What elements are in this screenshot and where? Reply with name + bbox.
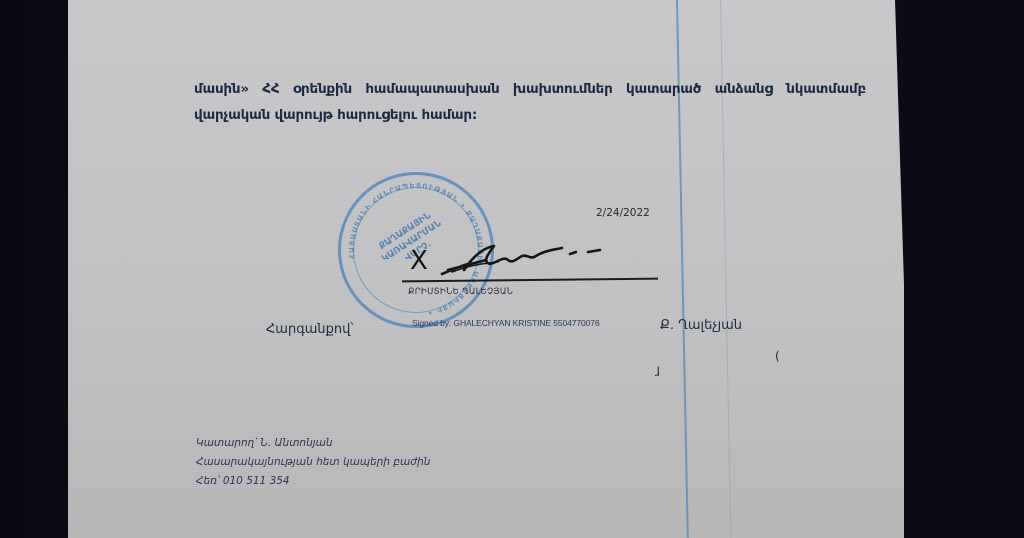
executor-footer: Կատարող՝ Ն. Անտոնյան Հասարակայնության հե… — [196, 434, 430, 491]
signatory-name: Ք. Ղալեչյան — [660, 318, 742, 333]
handwritten-signature — [438, 240, 608, 280]
signature-date: 2/24/2022 — [596, 207, 650, 219]
body-line-2: վարչական վարույթ հարուցելու համար: — [194, 102, 866, 128]
executor-phone: Հեռ՝ 010 511 354 — [196, 472, 430, 491]
screen-speck: ( — [775, 350, 780, 362]
letter-body: մասին» ՀՀ օրենքին համապատասխան խախտումնե… — [194, 76, 866, 128]
screen-speck: ɺ — [655, 366, 660, 378]
closing-regards: Հարգանքով՝ — [266, 322, 354, 337]
digital-signature-info: Signed by: GHALECHYAN KRISTINE 550477007… — [412, 318, 600, 328]
executor-department: Հասարակայնության հետ կապերի բաժին — [196, 453, 430, 472]
body-line-1: մասին» ՀՀ օրենքին համապատասխան խախտումնե… — [194, 76, 866, 102]
executor-name: Կատարող՝ Ն. Անտոնյան — [196, 434, 430, 453]
signer-name-caps: ՔՐԻՍՏԻՆԵ ՂԱԼԵՉՅԱՆ — [408, 287, 513, 297]
signature-x-mark: X — [410, 248, 428, 274]
